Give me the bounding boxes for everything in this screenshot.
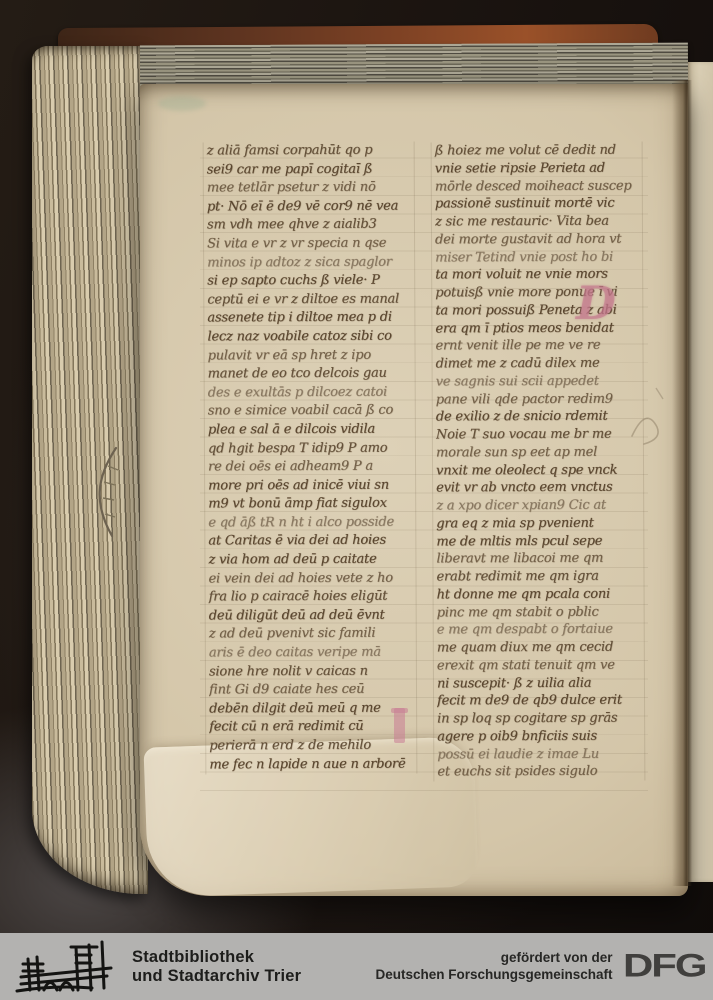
manuscript-line: manet de eo tco delcois gau bbox=[208, 365, 412, 384]
manuscript-line: fint Gi d9 caiate hes ceū bbox=[209, 681, 413, 700]
manuscript-line: de exilio z de snicio rdemit bbox=[436, 408, 640, 427]
manuscript-line: et euchs sit psides sigulo bbox=[437, 763, 641, 782]
rubric-initial-letter: D bbox=[576, 276, 616, 330]
manuscript-line: Noie T suo vocau me br me bbox=[436, 426, 640, 445]
library-name-line2: und Stadtarchiv Trier bbox=[132, 967, 301, 985]
manuscript-line: possū ei laudie z imae Lu bbox=[437, 745, 641, 764]
manuscript-line: sno e simice voabil cacā ß co bbox=[208, 402, 412, 421]
manuscript-line: perierā n erd z de mehilo bbox=[209, 737, 413, 756]
stitched-repair bbox=[84, 444, 122, 540]
funding-statement-line1: gefördert von der bbox=[376, 950, 613, 966]
porta-nigra-logo bbox=[14, 938, 118, 996]
manuscript-book: z aliā famsi corpahūt qo psei9 car me pa… bbox=[0, 0, 713, 933]
manuscript-line: pinc me qm stabit o pblic bbox=[437, 603, 641, 622]
manuscript-line: z ad deū pvenivt sic famili bbox=[209, 625, 413, 644]
manuscript-line: fecit m de9 de qb9 dulce erit bbox=[437, 692, 641, 711]
manuscript-line: mōrle desced moiheact suscep bbox=[435, 177, 639, 196]
manuscript-line: z sic me restauric· Vita bea bbox=[435, 213, 639, 232]
manuscript-line: vnie setie ripsie Perieta ad bbox=[435, 159, 639, 178]
funding-statement: gefördert von der Deutschen Forschungsge… bbox=[376, 950, 613, 982]
gutter-shadow bbox=[672, 80, 692, 886]
manuscript-line: aris ē deo caitas veripe mā bbox=[209, 644, 413, 663]
manuscript-line: liberavt me libacoi me qm bbox=[436, 550, 640, 569]
dfg-logo: DFG bbox=[623, 948, 705, 985]
manuscript-line: pulavit vr eā sp hret z ipo bbox=[208, 346, 412, 365]
manuscript-line: erabt redimit me qm igra bbox=[436, 568, 640, 587]
manuscript-line: agere p oib9 bnficiis suis bbox=[437, 727, 641, 746]
manuscript-line: at Caritas ē via dei ad hoies bbox=[208, 532, 412, 551]
manuscript-line: sione hre nolit v caicas n bbox=[209, 662, 413, 681]
text-column-left: z aliā famsi corpahūt qo psei9 car me pa… bbox=[203, 142, 418, 775]
funding-branding: gefördert von der Deutschen Forschungsge… bbox=[376, 944, 704, 989]
manuscript-line: z a xpo dicer xpian9 Cic at bbox=[436, 497, 640, 516]
manuscript-line: vnxit me oleolect q spe vnck bbox=[436, 461, 640, 480]
pink-paragraph-mark bbox=[394, 708, 405, 743]
margin-doodle bbox=[626, 384, 668, 446]
parchment-page: z aliā famsi corpahūt qo psei9 car me pa… bbox=[140, 84, 688, 896]
manuscript-line: z via hom ad deū p caitate bbox=[208, 551, 412, 570]
manuscript-line: si ep sapto cuchs ß viele· P bbox=[207, 272, 411, 291]
manuscript-line: in sp loq sp cogitare sp grās bbox=[437, 710, 641, 729]
manuscript-line: plea e sal ā e dilcois vidila bbox=[208, 420, 412, 439]
manuscript-line: me quam diux me qm cecid bbox=[437, 639, 641, 658]
manuscript-line: miser Tetind vnie post ho bi bbox=[435, 248, 639, 267]
manuscript-line: fra lio p cairacē hoies eligūt bbox=[209, 588, 413, 607]
digitized-manuscript-photo: z aliā famsi corpahūt qo psei9 car me pa… bbox=[0, 0, 713, 1000]
library-name: Stadtbibliothek und Stadtarchiv Trier bbox=[132, 948, 301, 984]
manuscript-line: mee tetlār psetur z vidi nō bbox=[207, 179, 411, 198]
manuscript-line: z aliā famsi corpahūt qo p bbox=[207, 142, 411, 161]
viewer-footer: Stadtbibliothek und Stadtarchiv Trier ge… bbox=[0, 933, 713, 1000]
manuscript-line: me de mltis mls pcul sepe bbox=[436, 532, 640, 551]
manuscript-line: sm vdh mee qhve z aialib3 bbox=[207, 216, 411, 235]
manuscript-line: ht donne me qm pcala coni bbox=[437, 585, 641, 604]
manuscript-line: e qd āß tR n ht i alco posside bbox=[208, 513, 412, 532]
manuscript-line: sei9 car me papī cogitaī ß bbox=[207, 160, 411, 179]
manuscript-line: lecz naz voabile catoz sibi co bbox=[207, 327, 411, 346]
text-column-right: ß hoiez me volut cē dedit ndvnie setie r… bbox=[431, 142, 646, 782]
manuscript-line: ve sagnis sui scii appedet bbox=[436, 372, 640, 391]
manuscript-line: des e exultās p dilcoez catoi bbox=[208, 383, 412, 402]
manuscript-line: evit vr ab vncto eem vnctus bbox=[436, 479, 640, 498]
manuscript-line: m9 vt bonū āmp fiat sigulox bbox=[208, 495, 412, 514]
manuscript-line: me fec n lapide n aue n arborē bbox=[209, 755, 413, 774]
manuscript-line: ei vein dei ad hoies vete z ho bbox=[208, 569, 412, 588]
manuscript-line: deū diligūt deū ad deū ēvnt bbox=[209, 606, 413, 625]
manuscript-line: minos ip adtoz z sica spaglor bbox=[207, 253, 411, 272]
library-name-line1: Stadtbibliothek bbox=[132, 948, 301, 966]
manuscript-line: pt· Nō eī ē de9 vē cor9 nē vea bbox=[207, 197, 411, 216]
manuscript-line: qd hgit bespa T idip9 P amo bbox=[208, 439, 412, 458]
manuscript-line: dimet me z cadū dilex me bbox=[436, 355, 640, 374]
manuscript-line: re dei oēs ei adheam9 P a bbox=[208, 458, 412, 477]
library-branding: Stadtbibliothek und Stadtarchiv Trier bbox=[14, 938, 301, 996]
green-stain bbox=[158, 96, 206, 111]
funding-statement-line2: Deutschen Forschungsgemeinschaft bbox=[376, 967, 613, 983]
manuscript-line: e me qm despabt o fortaiue bbox=[437, 621, 641, 640]
manuscript-line: debēn dilgit deū meū q me bbox=[209, 699, 413, 718]
manuscript-line: passionē sustinuit mortē vic bbox=[435, 195, 639, 214]
manuscript-line: ni suscepit· ß z uilia alia bbox=[437, 674, 641, 693]
manuscript-line: assenete tip i diltoe mea p di bbox=[207, 309, 411, 328]
manuscript-line: pane vili qde pactor redim9 bbox=[436, 390, 640, 409]
manuscript-line: gra eq z mia sp pvenient bbox=[436, 514, 640, 533]
manuscript-line: ceptū ei e vr z diltoe es manal bbox=[207, 290, 411, 309]
manuscript-line: erexit qm stati tenuit qm ve bbox=[437, 656, 641, 675]
manuscript-line: ernt venit ille pe me ve re bbox=[435, 337, 639, 356]
manuscript-line: dei morte gustavit ad hora vt bbox=[435, 230, 639, 249]
manuscript-line: ß hoiez me volut cē dedit nd bbox=[435, 142, 639, 161]
manuscript-line: morale sun sp eet ap mel bbox=[436, 443, 640, 462]
manuscript-line: more pri oēs ad inicē viui sn bbox=[208, 476, 412, 495]
manuscript-line: fecit cū n erā redimit cū bbox=[209, 718, 413, 737]
manuscript-line: Si vita e vr z vr specia n qse bbox=[207, 235, 411, 254]
